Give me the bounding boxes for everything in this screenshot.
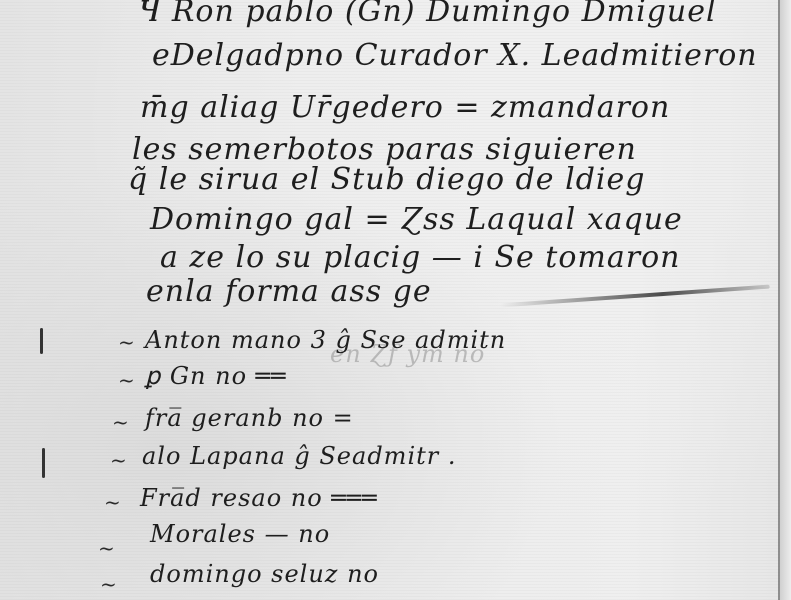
list-dash-mark: ~: [98, 536, 115, 560]
list-entry-6: Morales — no: [150, 520, 330, 548]
margin-tick-mark: [42, 448, 45, 478]
list-dash-mark: ~: [100, 572, 117, 596]
list-dash-mark: ~: [118, 368, 135, 392]
page-fold-line: [778, 0, 780, 600]
closing-flourish-stroke: [500, 285, 770, 308]
list-dash-mark: ~: [112, 410, 129, 434]
manuscript-line-8: enla forma ass ge: [146, 274, 432, 309]
list-entry-2: ꝑ Gn no ══: [145, 362, 287, 390]
page-edge-shadow: [780, 0, 791, 600]
list-dash-mark: ~: [118, 330, 135, 354]
list-entry-1: Anton mano 3 ĝ Sse admitn: [145, 326, 506, 354]
list-entry-7: domingo seluz no: [150, 560, 379, 588]
manuscript-line-6: Domingo gal = Ɀss Laqual xaque: [150, 202, 683, 237]
list-dash-mark: ~: [110, 448, 127, 472]
list-entry-5: Fra̅d resao no ═══: [140, 484, 378, 512]
list-entry-3: fra̅ geranb no =: [145, 404, 354, 432]
manuscript-line-1: Ⴣ Ron pablo (Gn) Dumingo Dmiguel: [138, 0, 717, 29]
manuscript-line-2: eDelgadpno Curador X. Leadmitieron: [152, 38, 758, 73]
manuscript-line-7: a ze lo su placig — i Se tomaron: [160, 240, 680, 275]
list-entry-4: alo Lapana ĝ Seadmitr .: [142, 442, 457, 470]
manuscript-page: Ⴣ Ron pablo (Gn) Dumingo Dmiguel eDelgad…: [0, 0, 791, 600]
manuscript-line-3: m̄g aliag Ur̄gedero = zmandaron: [140, 90, 670, 125]
list-dash-mark: ~: [104, 490, 121, 514]
manuscript-line-5: q̃ le sirua el Stub diego de ldieg: [128, 162, 645, 197]
margin-tick-mark: [40, 328, 43, 354]
